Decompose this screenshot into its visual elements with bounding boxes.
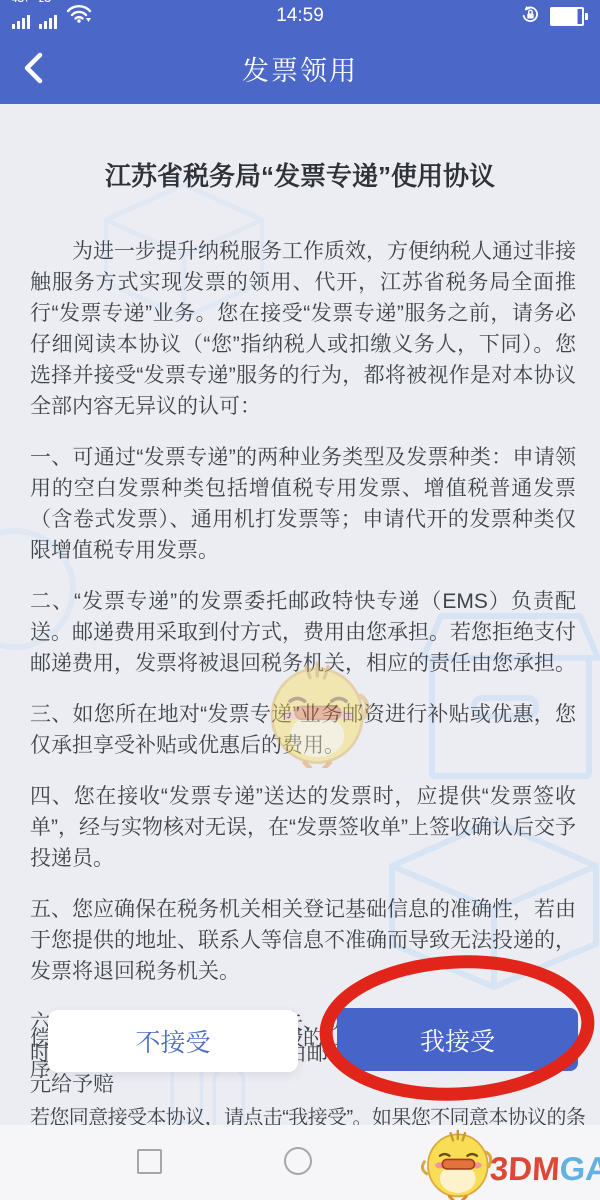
battery-icon [550, 7, 588, 26]
status-bar: 4G+ 2G 14:59 [0, 0, 600, 32]
signal-4g-label: 4G+ [12, 0, 29, 4]
back-button[interactable] [16, 48, 50, 88]
reject-button[interactable]: 不接受 [48, 1010, 298, 1072]
status-time: 14:59 [276, 5, 324, 27]
agreement-footer-note: 若您同意接受本协议，请点击“我接受”。如果您不同意本协议的条 [30, 1101, 590, 1125]
page-title: 发票领用 [242, 49, 358, 88]
agreement-body: 为进一步提升纳税服务工作质效，方便纳税人通过非接触服务方式实现发票的领用、代开，… [30, 236, 576, 1100]
wifi-icon [66, 2, 92, 29]
screen: 4G+ 2G 14:59 [0, 0, 600, 1200]
android-nav-bar [0, 1125, 600, 1200]
back-nav-button[interactable] [444, 1143, 486, 1183]
agreement-paragraph: 二、“发票专递”的发票委托邮政特快专递（EMS）负责配送。邮递费用采取到付方式，… [30, 586, 576, 679]
signal-2g-label: 2G [39, 0, 51, 4]
app-bar: 发票领用 [0, 32, 600, 104]
agreement-paragraph: 三、如您所在地对“发票专递”业务邮资进行补贴或优惠，您仅承担享受补贴或优惠后的费… [30, 699, 576, 761]
agreement-paragraph: 四、您在接收“发票专递”送达的发票时，应提供“发票签收单”，经与实物核对无误，在… [30, 781, 576, 874]
agreement-paragraph: 五、您应确保在税务机关相关登记基础信息的准确性，若由于您提供的地址、联系人等信息… [30, 894, 576, 987]
rotation-lock-icon [520, 4, 540, 29]
signal-4g-icon: 4G+ [12, 0, 30, 29]
agreement-title: 江苏省税务局“发票专递”使用协议 [28, 160, 572, 192]
agreement-content[interactable]: 江苏省税务局“发票专递”使用协议 为进一步提升纳税服务工作质效，方便纳税人通过非… [0, 104, 600, 1125]
status-left-icons: 4G+ 2G [12, 3, 92, 29]
recents-button[interactable] [137, 1149, 162, 1174]
status-right-icons [520, 4, 588, 29]
signal-2g-icon: 2G [39, 0, 57, 29]
accept-button[interactable]: 我接受 [337, 1008, 578, 1071]
agreement-paragraph: 为进一步提升纳税服务工作质效，方便纳税人通过非接触服务方式实现发票的领用、代开，… [30, 236, 576, 422]
home-button[interactable] [284, 1147, 312, 1175]
agreement-paragraph: 一、可通过“发票专递”的两种业务类型及发票种类：申请领用的空白发票种类包括增值税… [30, 442, 576, 566]
